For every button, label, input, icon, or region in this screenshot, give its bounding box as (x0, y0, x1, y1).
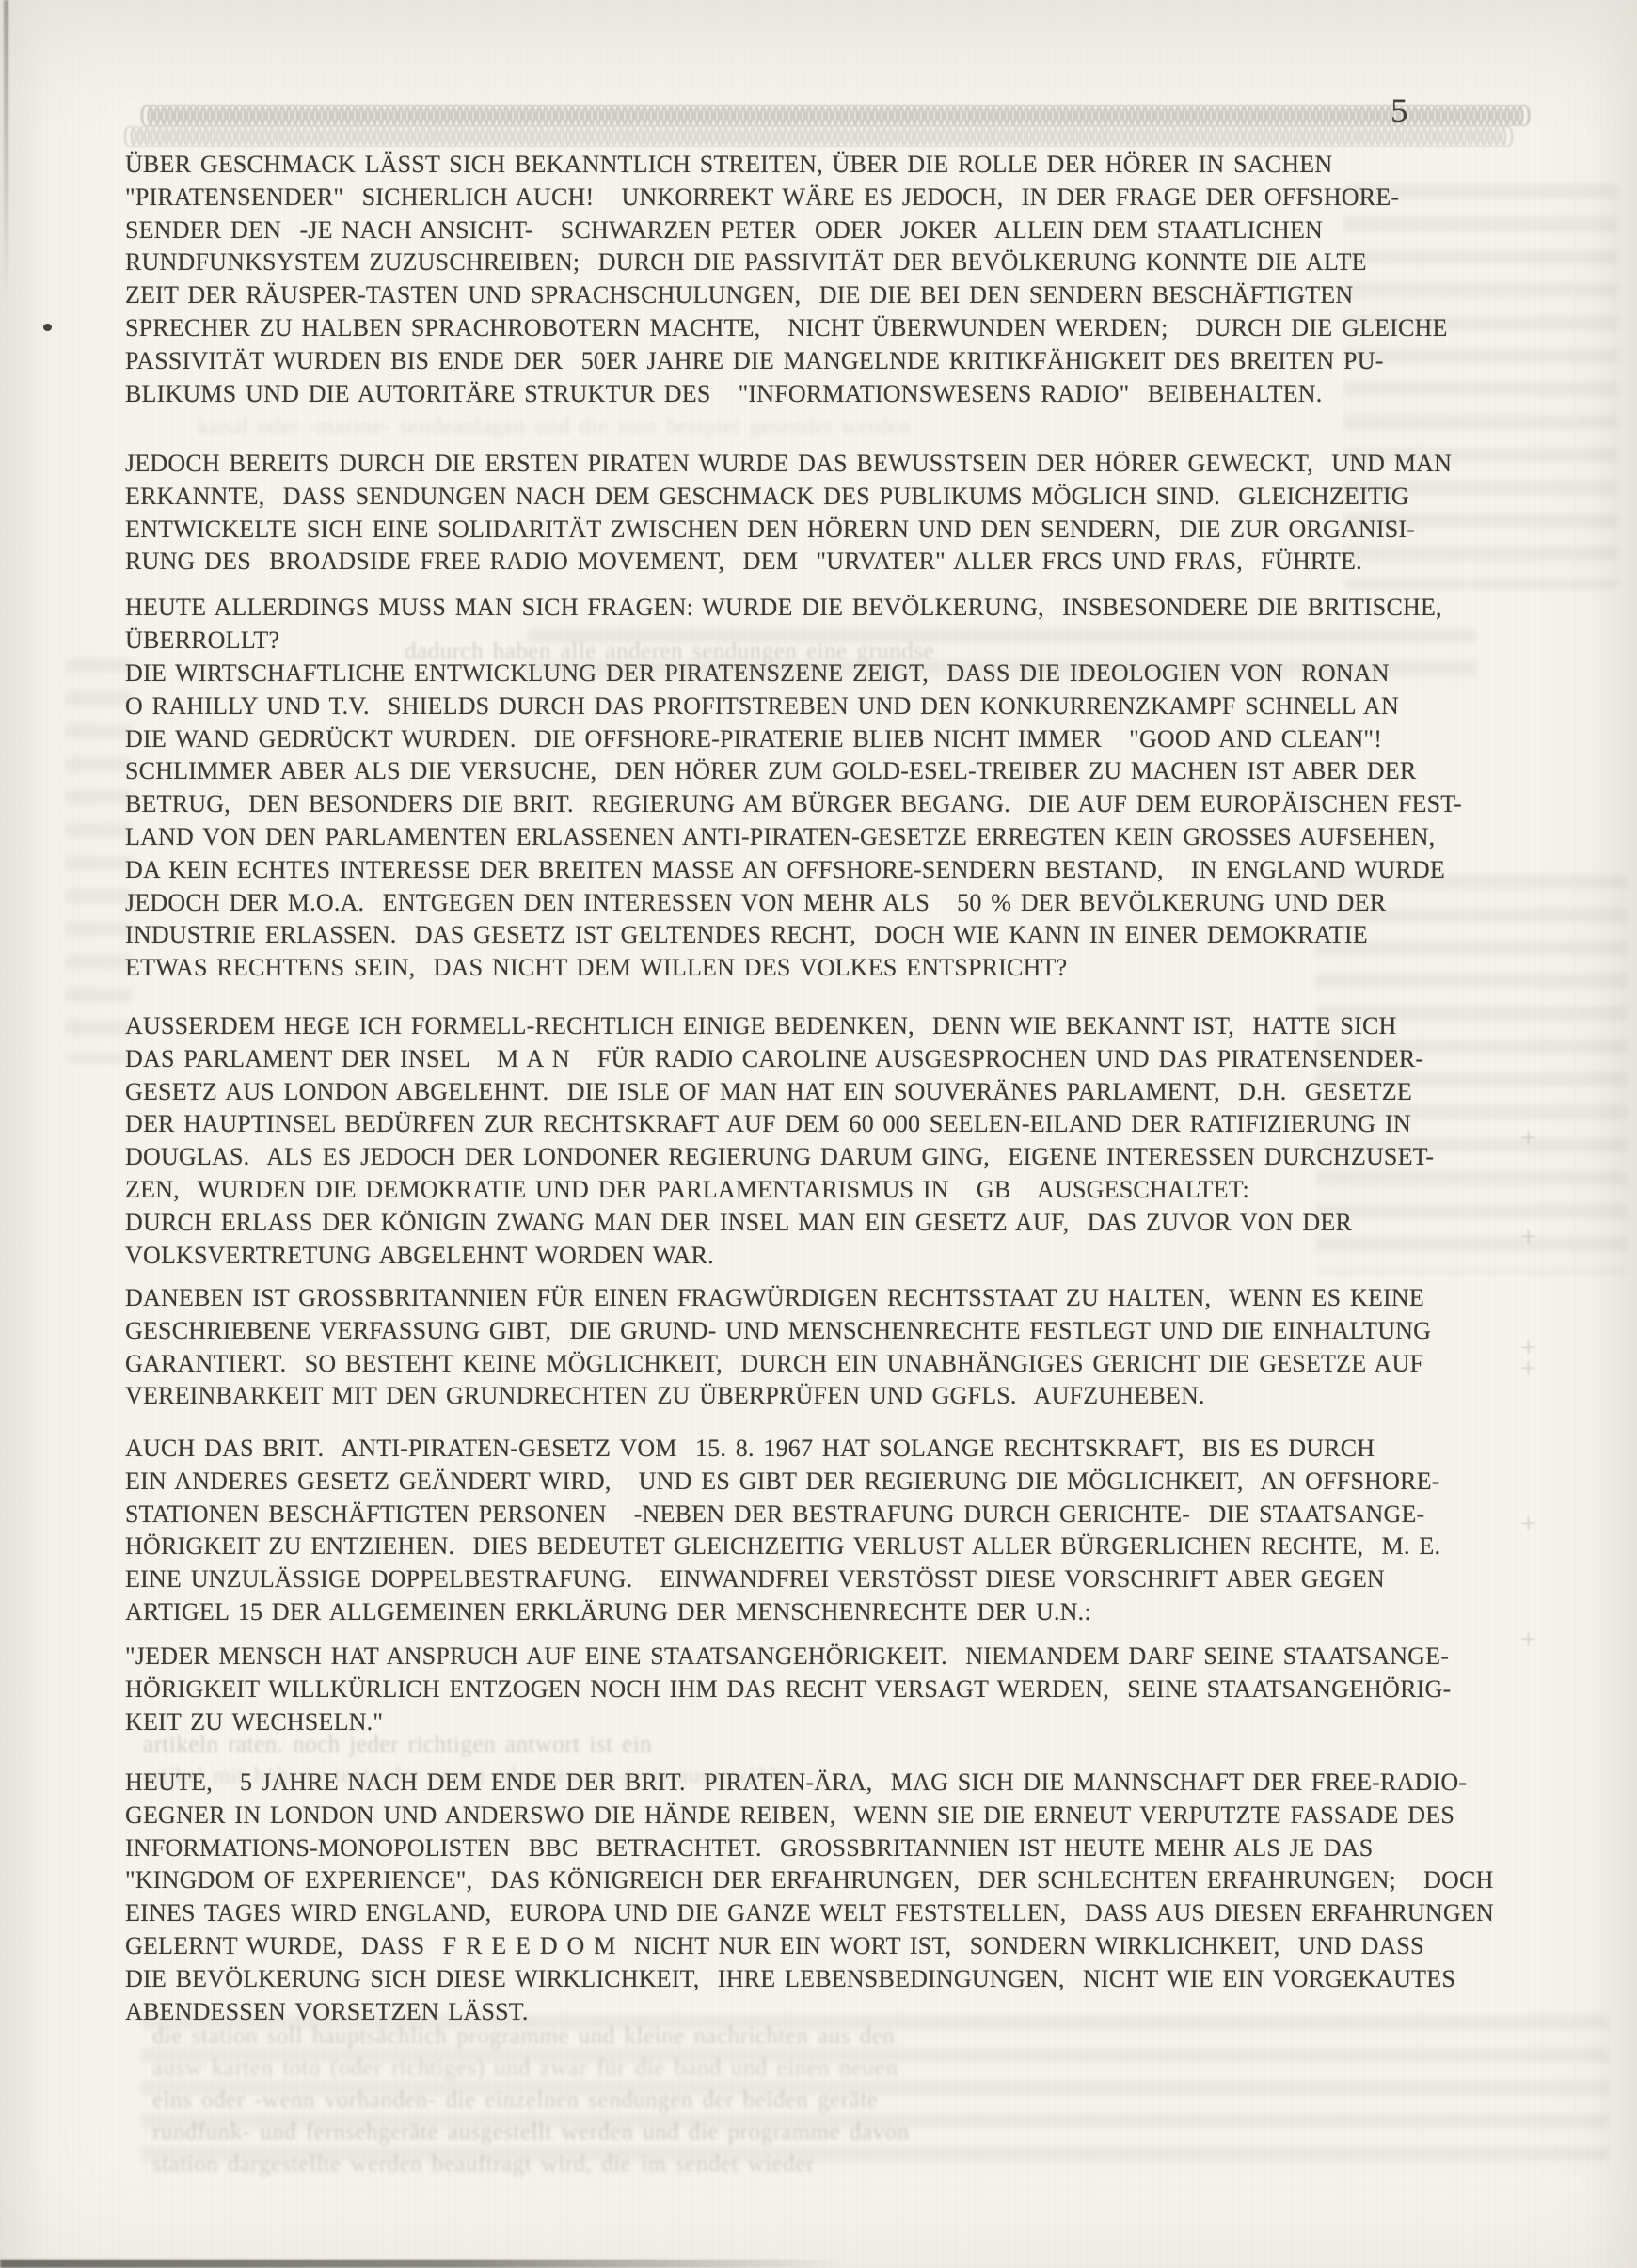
text-line: ÜBER GESCHMACK LÄSST SICH BEKANNTLICH ST… (125, 149, 1448, 182)
text-line: DA KEIN ECHTES INTERESSE DER BREITEN MAS… (125, 854, 1462, 887)
text-line: ÜBERROLLT? (125, 625, 1442, 658)
text-line: EINES TAGES WIRD ENGLAND, EUROPA UND DIE… (125, 1897, 1494, 1930)
paragraph: HEUTE, 5 JAHRE NACH DEM ENDE DER BRIT. P… (125, 1767, 1494, 2028)
text-line: ERKANNTE, DASS SENDUNGEN NACH DEM GESCHM… (125, 481, 1452, 514)
text-line: SPRECHER ZU HALBEN SPRACHROBOTERN MACHTE… (125, 312, 1448, 345)
text-line: HÖRIGKEIT ZU ENTZIEHEN. DIES BEDEUTET GL… (125, 1531, 1440, 1563)
text-line: DIE WAND GEDRÜCKT WURDEN. DIE OFFSHORE-P… (125, 723, 1462, 756)
text-line: ZEIT DER RÄUSPER-TASTEN UND SPRACHSCHULU… (125, 279, 1448, 312)
paragraph: "JEDER MENSCH HAT ANSPRUCH AUF EINE STAA… (125, 1641, 1451, 1738)
text-line: DIE BEVÖLKERUNG SICH DIESE WIRKLICHKEIT,… (125, 1963, 1494, 1996)
text-line: JEDOCH BEREITS DURCH DIE ERSTEN PIRATEN … (125, 448, 1452, 481)
text-line: AUCH DAS BRIT. ANTI-PIRATEN-GESETZ VOM 1… (125, 1433, 1440, 1466)
text-line: GELERNT WURDE, DASS F R E E D O M NICHT … (125, 1930, 1494, 1963)
paragraph: HEUTE ALLERDINGS MUSS MAN SICH FRAGEN: W… (125, 592, 1442, 658)
text-line: "PIRATENSENDER" SICHERLICH AUCH! UNKORRE… (125, 182, 1448, 214)
text-line: "JEDER MENSCH HAT ANSPRUCH AUF EINE STAA… (125, 1641, 1451, 1673)
text-line: ETWAS RECHTENS SEIN, DAS NICHT DEM WILLE… (125, 952, 1462, 985)
text-line: DANEBEN IST GROSSBRITANNIEN FÜR EINEN FR… (125, 1282, 1431, 1315)
text-line: GESCHRIEBENE VERFASSUNG GIBT, DIE GRUND-… (125, 1315, 1431, 1348)
text-line: ARTIGEL 15 DER ALLGEMEINEN ERKLÄRUNG DER… (125, 1596, 1440, 1629)
text-line: INDUSTRIE ERLASSEN. DAS GESETZ IST GELTE… (125, 919, 1462, 952)
text-line: KEIT ZU WECHSELN." (125, 1706, 1451, 1739)
paragraph: DANEBEN IST GROSSBRITANNIEN FÜR EINEN FR… (125, 1282, 1431, 1413)
text-line: DER HAUPTINSEL BEDÜRFEN ZUR RECHTSKRAFT … (125, 1108, 1434, 1141)
text-line: BLIKUMS UND DIE AUTORITÄRE STRUKTUR DES … (125, 378, 1448, 411)
text-line: ZEN, WURDEN DIE DEMOKRATIE UND DER PARLA… (125, 1174, 1434, 1207)
text-line: VOLKSVERTRETUNG ABGELEHNT WORDEN WAR. (125, 1240, 1434, 1273)
text-line: PASSIVITÄT WURDEN BIS ENDE DER 50ER JAHR… (125, 345, 1448, 378)
paragraph: AUSSERDEM HEGE ICH FORMELL-RECHTLICH EIN… (125, 1010, 1434, 1272)
paragraph: DIE WIRTSCHAFTLICHE ENTWICKLUNG DER PIRA… (125, 658, 1462, 985)
text-line: EIN ANDERES GESETZ GEÄNDERT WIRD, UND ES… (125, 1466, 1440, 1499)
scanned-page: 0000000000000000000000000000000000000000… (0, 0, 1637, 2268)
document-body: ÜBER GESCHMACK LÄSST SICH BEKANNTLICH ST… (0, 0, 1637, 2268)
text-line: RUNG DES BROADSIDE FREE RADIO MOVEMENT, … (125, 546, 1452, 579)
text-line: STATIONEN BESCHÄFTIGTEN PERSONEN -NEBEN … (125, 1499, 1440, 1531)
text-line: SCHLIMMER ABER ALS DIE VERSUCHE, DEN HÖR… (125, 755, 1462, 788)
text-line: DAS PARLAMENT DER INSEL M A N FÜR RADIO … (125, 1043, 1434, 1076)
text-line: HEUTE, 5 JAHRE NACH DEM ENDE DER BRIT. P… (125, 1767, 1494, 1800)
text-line: DURCH ERLASS DER KÖNIGIN ZWANG MAN DER I… (125, 1207, 1434, 1240)
text-line: DOUGLAS. ALS ES JEDOCH DER LONDONER REGI… (125, 1141, 1434, 1174)
text-line: JEDOCH DER M.O.A. ENTGEGEN DEN INTERESSE… (125, 887, 1462, 920)
text-line: DIE WIRTSCHAFTLICHE ENTWICKLUNG DER PIRA… (125, 658, 1462, 690)
text-line: LAND VON DEN PARLAMENTEN ERLASSENEN ANTI… (125, 821, 1462, 854)
text-line: VEREINBARKEIT MIT DEN GRUNDRECHTEN ZU ÜB… (125, 1380, 1431, 1413)
text-line: GESETZ AUS LONDON ABGELEHNT. DIE ISLE OF… (125, 1076, 1434, 1109)
text-line: RUNDFUNKSYSTEM ZUZUSCHREIBEN; DURCH DIE … (125, 246, 1448, 279)
text-line: ENTWICKELTE SICH EINE SOLIDARITÄT ZWISCH… (125, 514, 1452, 547)
text-line: GEGNER IN LONDON UND ANDERSWO DIE HÄNDE … (125, 1800, 1494, 1832)
text-line: INFORMATIONS-MONOPOLISTEN BBC BETRACHTET… (125, 1832, 1494, 1865)
text-line: EINE UNZULÄSSIGE DOPPELBESTRAFUNG. EINWA… (125, 1563, 1440, 1596)
text-line: AUSSERDEM HEGE ICH FORMELL-RECHTLICH EIN… (125, 1010, 1434, 1043)
text-line: "KINGDOM OF EXPERIENCE", DAS KÖNIGREICH … (125, 1864, 1494, 1897)
paragraph: ÜBER GESCHMACK LÄSST SICH BEKANNTLICH ST… (125, 149, 1448, 410)
paragraph: AUCH DAS BRIT. ANTI-PIRATEN-GESETZ VOM 1… (125, 1433, 1440, 1629)
text-line: HÖRIGKEIT WILLKÜRLICH ENTZOGEN NOCH IHM … (125, 1673, 1451, 1706)
paragraph: JEDOCH BEREITS DURCH DIE ERSTEN PIRATEN … (125, 448, 1452, 579)
text-line: BETRUG, DEN BESONDERS DIE BRIT. REGIERUN… (125, 788, 1462, 821)
text-line: ABENDESSEN VORSETZEN LÄSST. (125, 1996, 1494, 2029)
text-line: O RAHILLY UND T.V. SHIELDS DURCH DAS PRO… (125, 690, 1462, 723)
text-line: GARANTIERT. SO BESTEHT KEINE MÖGLICHKEIT… (125, 1348, 1431, 1381)
text-line: HEUTE ALLERDINGS MUSS MAN SICH FRAGEN: W… (125, 592, 1442, 625)
text-line: SENDER DEN -JE NACH ANSICHT- SCHWARZEN P… (125, 214, 1448, 247)
